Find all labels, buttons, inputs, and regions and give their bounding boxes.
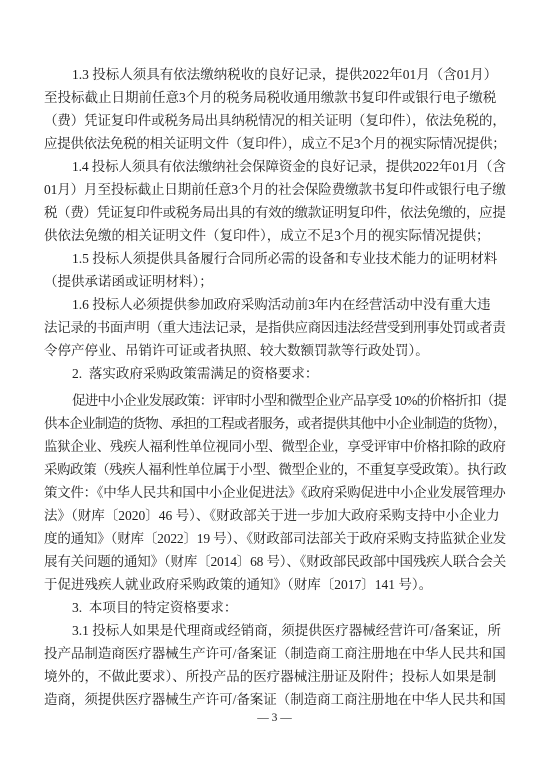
text-line: 投产品制造商医疗器械生产许可/备案证（制造商工商注册地在中华人民共和国 [44, 642, 506, 665]
text-line: 应提供依法免税的相关证明文件（复印件），成立不足3个月的视实际情况提供； [44, 132, 506, 155]
text-line: 1.3 投标人须具有依法缴纳税收的良好记录，提供2022年01月（含01月） [44, 63, 506, 86]
text-line: 境外的，不做此要求）、所投产品的医疗器械注册证及附件；投标人如果是制 [44, 665, 506, 688]
text-line: 展有关问题的通知》（财库〔2014〕68 号）、《财政部民政部中国残疾人联合会关 [44, 550, 506, 573]
text-line: 供依法免缴的相关证明文件（复印件），成立不足3个月的视实际情况提供； [44, 224, 506, 247]
text-line: 法》（财库〔2020〕46 号）、《财政部关于进一步加大政府采购支持中小企业力 [44, 504, 506, 527]
text-line: 至投标截止日期前任意3个月的税务局税收通用缴款书复印件或银行电子缴税 [44, 86, 506, 109]
document-page: 1.3 投标人须具有依法缴纳税收的良好记录，提供2022年01月（含01月）至投… [0, 0, 549, 775]
text-line: 税（费）凭证复印件或税务局出具的有效的缴款证明复印件，依法免缴的，应提 [44, 201, 506, 224]
text-line: 于促进残疾人就业政府采购政策的通知》（财库〔2017〕141 号）。 [44, 573, 506, 596]
text-line: 1.4 投标人须具有依法缴纳社会保障资金的良好记录，提供2022年01月（含 [44, 155, 506, 178]
text-line: （费）凭证复印件或税务局出具纳税情况的相关证明（复印件），依法免税的， [44, 109, 506, 132]
text-line: 监狱企业、残疾人福利性单位视同小型、微型企业，享受评审中价格扣除的政府 [44, 435, 506, 458]
text-line: 3.1 投标人如果是代理商或经销商，须提供医疗器械经营许可/备案证，所 [44, 619, 506, 642]
text-line: 01月）月至投标截止日期前任意3个月的社会保险费缴款书复印件或银行电子缴 [44, 178, 506, 201]
text-line: 1.5 投标人须提供具备履行合同所必需的设备和专业技术能力的证明材料 [44, 247, 506, 270]
text-line: 采购政策（残疾人福利性单位属于小型、微型企业的，不重复享受政策）。执行政 [44, 458, 506, 481]
text-line: 令停产停业、吊销许可证或者执照、较大数额罚款等行政处罚）。 [44, 339, 506, 362]
text-line: 2. 落实政府采购政策需满足的资格要求： [44, 362, 506, 385]
text-line: 1.6 投标人必须提供参加政府采购活动前3年内在经营活动中没有重大违 [44, 293, 506, 316]
text-line: 造商，须提供医疗器械生产许可/备案证（制造商工商注册地在中华人民共和国 [44, 688, 506, 711]
text-line: 供本企业制造的货物、承担的工程或者服务，或者提供其他中小企业制造的货物）， [44, 412, 506, 435]
text-line: （提供承诺函或证明材料）； [44, 270, 506, 293]
text-line: 策文件：《中华人民共和国中小企业促进法》《政府采购促进中小企业发展管理办 [44, 481, 506, 504]
text-line: 法记录的书面声明（重大违法记录，是指供应商因违法经营受到刑事处罚或者责 [44, 316, 506, 339]
text-line: 3. 本项目的特定资格要求： [44, 596, 506, 619]
text-line: 度的通知》（财库〔2022〕19 号）、《财政部司法部关于政府采购支持监狱企业发 [44, 527, 506, 550]
document-body: 1.3 投标人须具有依法缴纳税收的良好记录，提供2022年01月（含01月）至投… [44, 63, 506, 711]
page-number: — 3 — [0, 711, 549, 725]
text-line: 促进中小企业发展政策：评审时小型和微型企业产品享受 10%的价格折扣（提 [44, 389, 506, 412]
